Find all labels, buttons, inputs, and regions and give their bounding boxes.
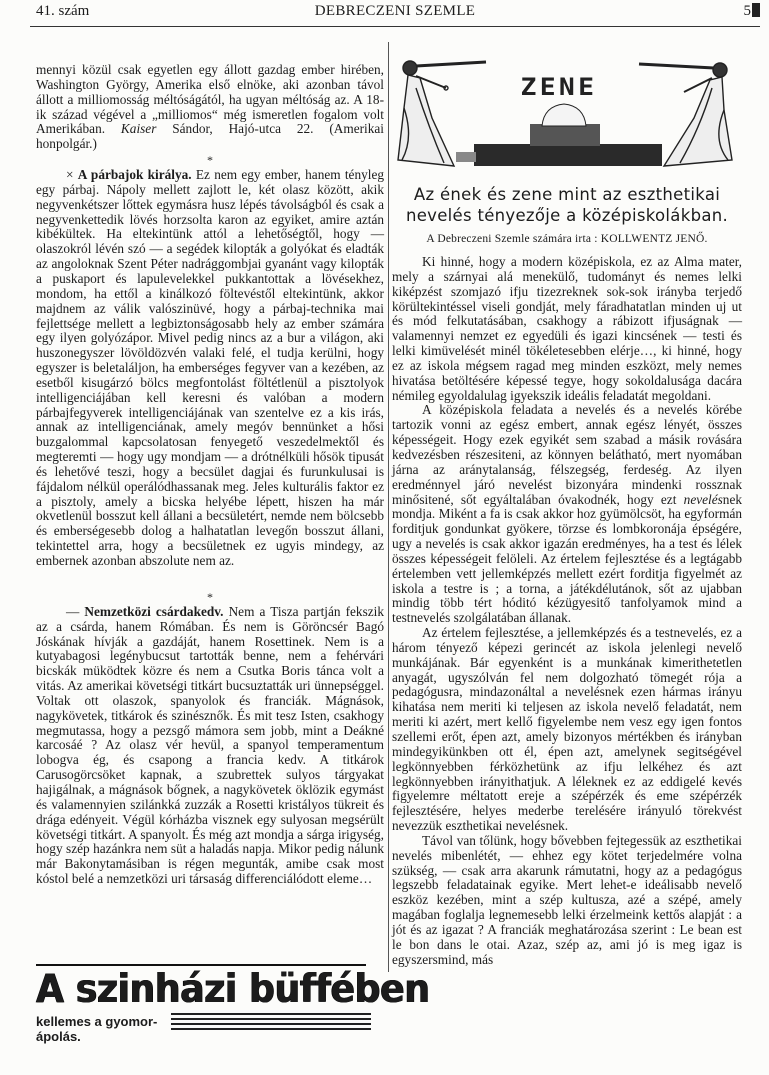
right-column: Az ének és zene mint az eszthetikai neve…	[392, 184, 742, 968]
cross-mark: ×	[66, 167, 78, 182]
paragraph-3: Az értelem fejlesztése, a jellemképzés é…	[392, 626, 742, 834]
section-separator: *	[36, 589, 384, 605]
zene-illustration: ZENE	[394, 48, 734, 178]
zene-label: ZENE	[521, 73, 598, 101]
section-separator: *	[36, 152, 384, 168]
paragraph-2: A középiskola feladata a nevelés és a ne…	[392, 403, 742, 626]
text: nek mondja. Miként a fa is csak akkor ho…	[392, 492, 742, 626]
publication-title: DEBRECZENI SZEMLE	[30, 3, 760, 20]
dash-mark: —	[66, 604, 84, 619]
article-heading: Nemzetközi csárdakedv.	[84, 604, 223, 619]
left-column: mennyi közül csak egyetlen egy állott ga…	[36, 63, 384, 887]
advertisement-headline: A szinházi büffében	[36, 968, 352, 1012]
page-number: 5	[744, 3, 761, 20]
column-divider	[388, 42, 389, 972]
trumpeters-illustration-icon	[394, 48, 734, 178]
page-header: 41. szám DEBRECZENI SZEMLE 5	[30, 0, 760, 25]
article-csardakedv: — Nemzetközi csárdakedv. Nem a Tisza par…	[36, 605, 384, 887]
article-body: Ez nem egy ember, hanem tényleg egy párb…	[36, 167, 384, 568]
paragraph-1: Ki hinné, hogy a modern középiskola, ez …	[392, 255, 742, 403]
article-parbajok: × A párbajok királya. Ez nem egy ember, …	[36, 168, 384, 569]
header-rule	[30, 26, 760, 27]
article-heading: A párbajok királya.	[78, 167, 192, 182]
italic-name: Kaiser	[121, 121, 156, 136]
article-byline: A Debreczeni Szemle számára irta : KOLLW…	[392, 232, 742, 246]
paragraph-4: Távol van tőlünk, hogy bővebben fejteges…	[392, 834, 742, 968]
ad-rule	[36, 964, 366, 966]
ad-decorative-lines	[171, 1013, 371, 1037]
paragraph-washington: mennyi közül csak egyetlen egy állott ga…	[36, 63, 384, 152]
article-body: Nem a Tisza partján fekszik az a csárda,…	[36, 604, 384, 886]
advertisement-subline: kellemes a gyomor-ápolás.	[36, 1014, 166, 1044]
article-title: Az ének és zene mint az eszthetikai neve…	[392, 184, 742, 226]
italic-word: nevelés	[684, 492, 723, 507]
